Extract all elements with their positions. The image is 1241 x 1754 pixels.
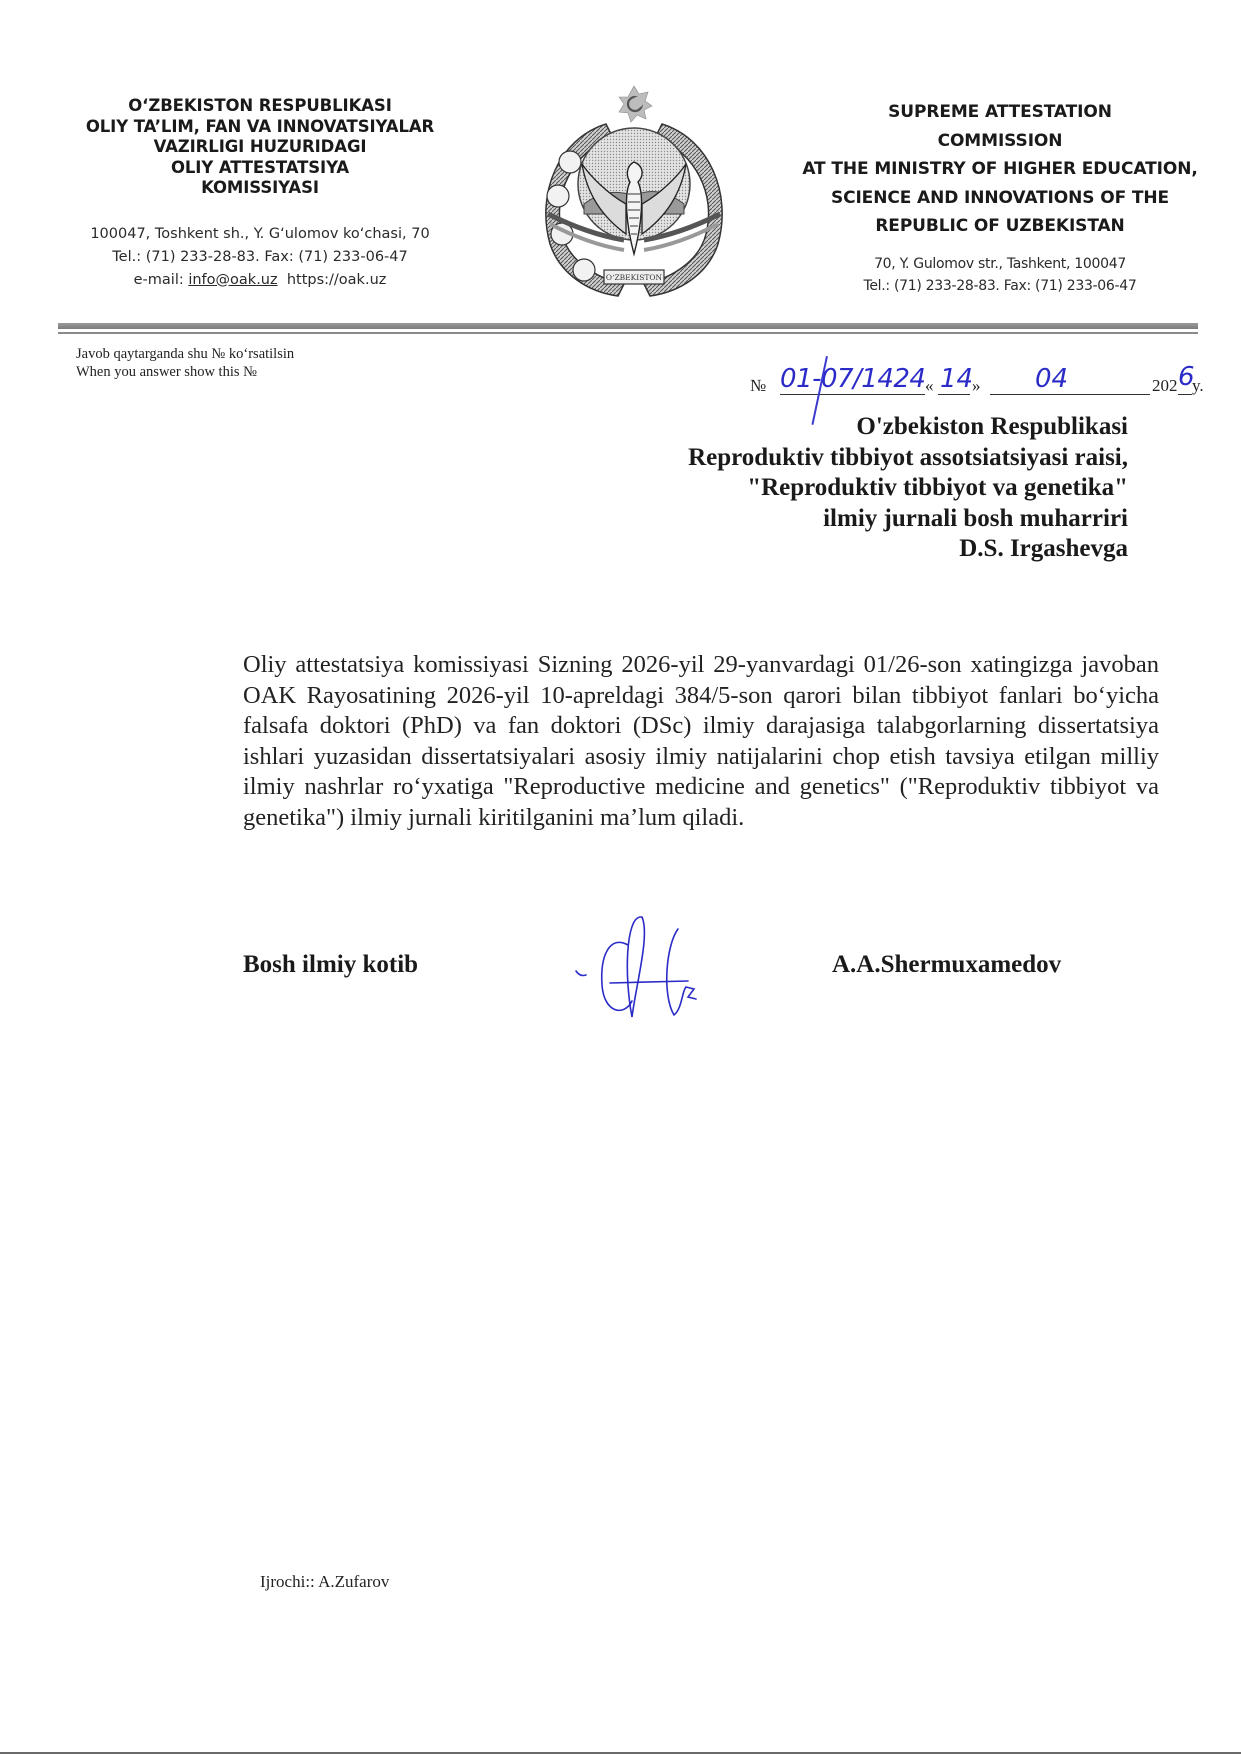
org-line: KOMISSIYASI [60,178,460,199]
year-prefix: 202 [1152,376,1178,396]
month-underline [990,394,1150,395]
outgoing-number: 01-07/1424 [780,364,925,394]
address: 70, Y. Gulomov str., Tashkent, 100047 [790,253,1210,275]
phone-fax: Tel.: (71) 233-28-83. Fax: (71) 233-06-4… [790,275,1210,297]
letter-body: Oliy attestatsiya komissiyasi Sizning 20… [243,650,1159,833]
contact-info-en: 70, Y. Gulomov str., Tashkent, 100047 Te… [790,253,1210,297]
date-month: 04 [1035,364,1068,394]
org-line: OLIY ATTESTATSIYA [60,158,460,179]
signatory-name: A.A.Shermuxamedov [832,951,1061,979]
day-underline [938,394,970,395]
reply-note-uz: Javob qaytarganda shu № ko‘rsatilsin [76,345,294,363]
org-name-uz: O‘ZBEKISTON RESPUBLIKASI OLIY TA’LIM, FA… [60,96,460,199]
org-line: SUPREME ATTESTATION [790,98,1210,127]
number-sign: № [750,376,766,396]
letterhead-left: O‘ZBEKISTON RESPUBLIKASI OLIY TA’LIM, FA… [60,96,460,292]
org-line: OLIY TA’LIM, FAN VA INNOVATSIYALAR [60,117,460,138]
svg-text:O‘ZBEKISTON: O‘ZBEKISTON [606,273,663,282]
org-line: O‘ZBEKISTON RESPUBLIKASI [60,96,460,117]
date-day: 14 [940,364,973,394]
letterhead-right: SUPREME ATTESTATION COMMISSION AT THE MI… [790,98,1210,297]
website-link[interactable]: https://oak.uz [287,272,387,288]
addressee-line: ilmiy jurnali bosh muharriri [688,504,1128,535]
org-line: AT THE MINISTRY OF HIGHER EDUCATION, [790,155,1210,184]
quote-close: » [972,376,981,396]
org-line: VAZIRLIGI HUZURIDAGI [60,137,460,158]
addressee-line: Reproduktiv tibbiyot assotsiatsiyasi rai… [688,443,1128,474]
quote-open: « [925,376,934,396]
year-suffix: y. [1192,376,1204,396]
email-link[interactable]: info@oak.uz [188,272,277,288]
state-emblem-icon: O‘ZBEKISTON [528,84,740,302]
reply-note-en: When you answer show this № [76,363,294,381]
executor-note: Ijrochi:: A.Zufarov [260,1572,389,1592]
email-web-line: e-mail: info@oak.uz https://oak.uz [60,269,460,292]
handwritten-signature-icon [570,905,730,1025]
header-divider-thin [58,332,1198,334]
signatory-title: Bosh ilmiy kotib [243,951,418,979]
addressee-name: D.S. Irgashevga [688,534,1128,565]
email-label: e-mail: [134,272,184,288]
header-divider-thick [58,323,1198,329]
org-name-en: SUPREME ATTESTATION COMMISSION AT THE MI… [790,98,1210,241]
org-line: SCIENCE AND INNOVATIONS OF THE [790,184,1210,213]
address: 100047, Toshkent sh., Y. G‘ulomov ko‘cha… [60,223,460,246]
contact-info-uz: 100047, Toshkent sh., Y. G‘ulomov ko‘cha… [60,223,460,292]
org-line: COMMISSION [790,127,1210,156]
body-paragraph: Oliy attestatsiya komissiyasi Sizning 20… [243,650,1159,833]
number-underline [780,394,925,395]
phone-fax: Tel.: (71) 233-28-83. Fax: (71) 233-06-4… [60,246,460,269]
reply-note: Javob qaytarganda shu № ko‘rsatilsin Whe… [76,345,294,381]
addressee-line: O'zbekiston Respublikasi [688,412,1128,443]
addressee-line: "Reproduktiv tibbiyot va genetika" [688,473,1128,504]
year-underline [1178,394,1192,395]
addressee-block: O'zbekiston Respublikasi Reproduktiv tib… [688,412,1128,565]
org-line: REPUBLIC OF UZBEKISTAN [790,212,1210,241]
